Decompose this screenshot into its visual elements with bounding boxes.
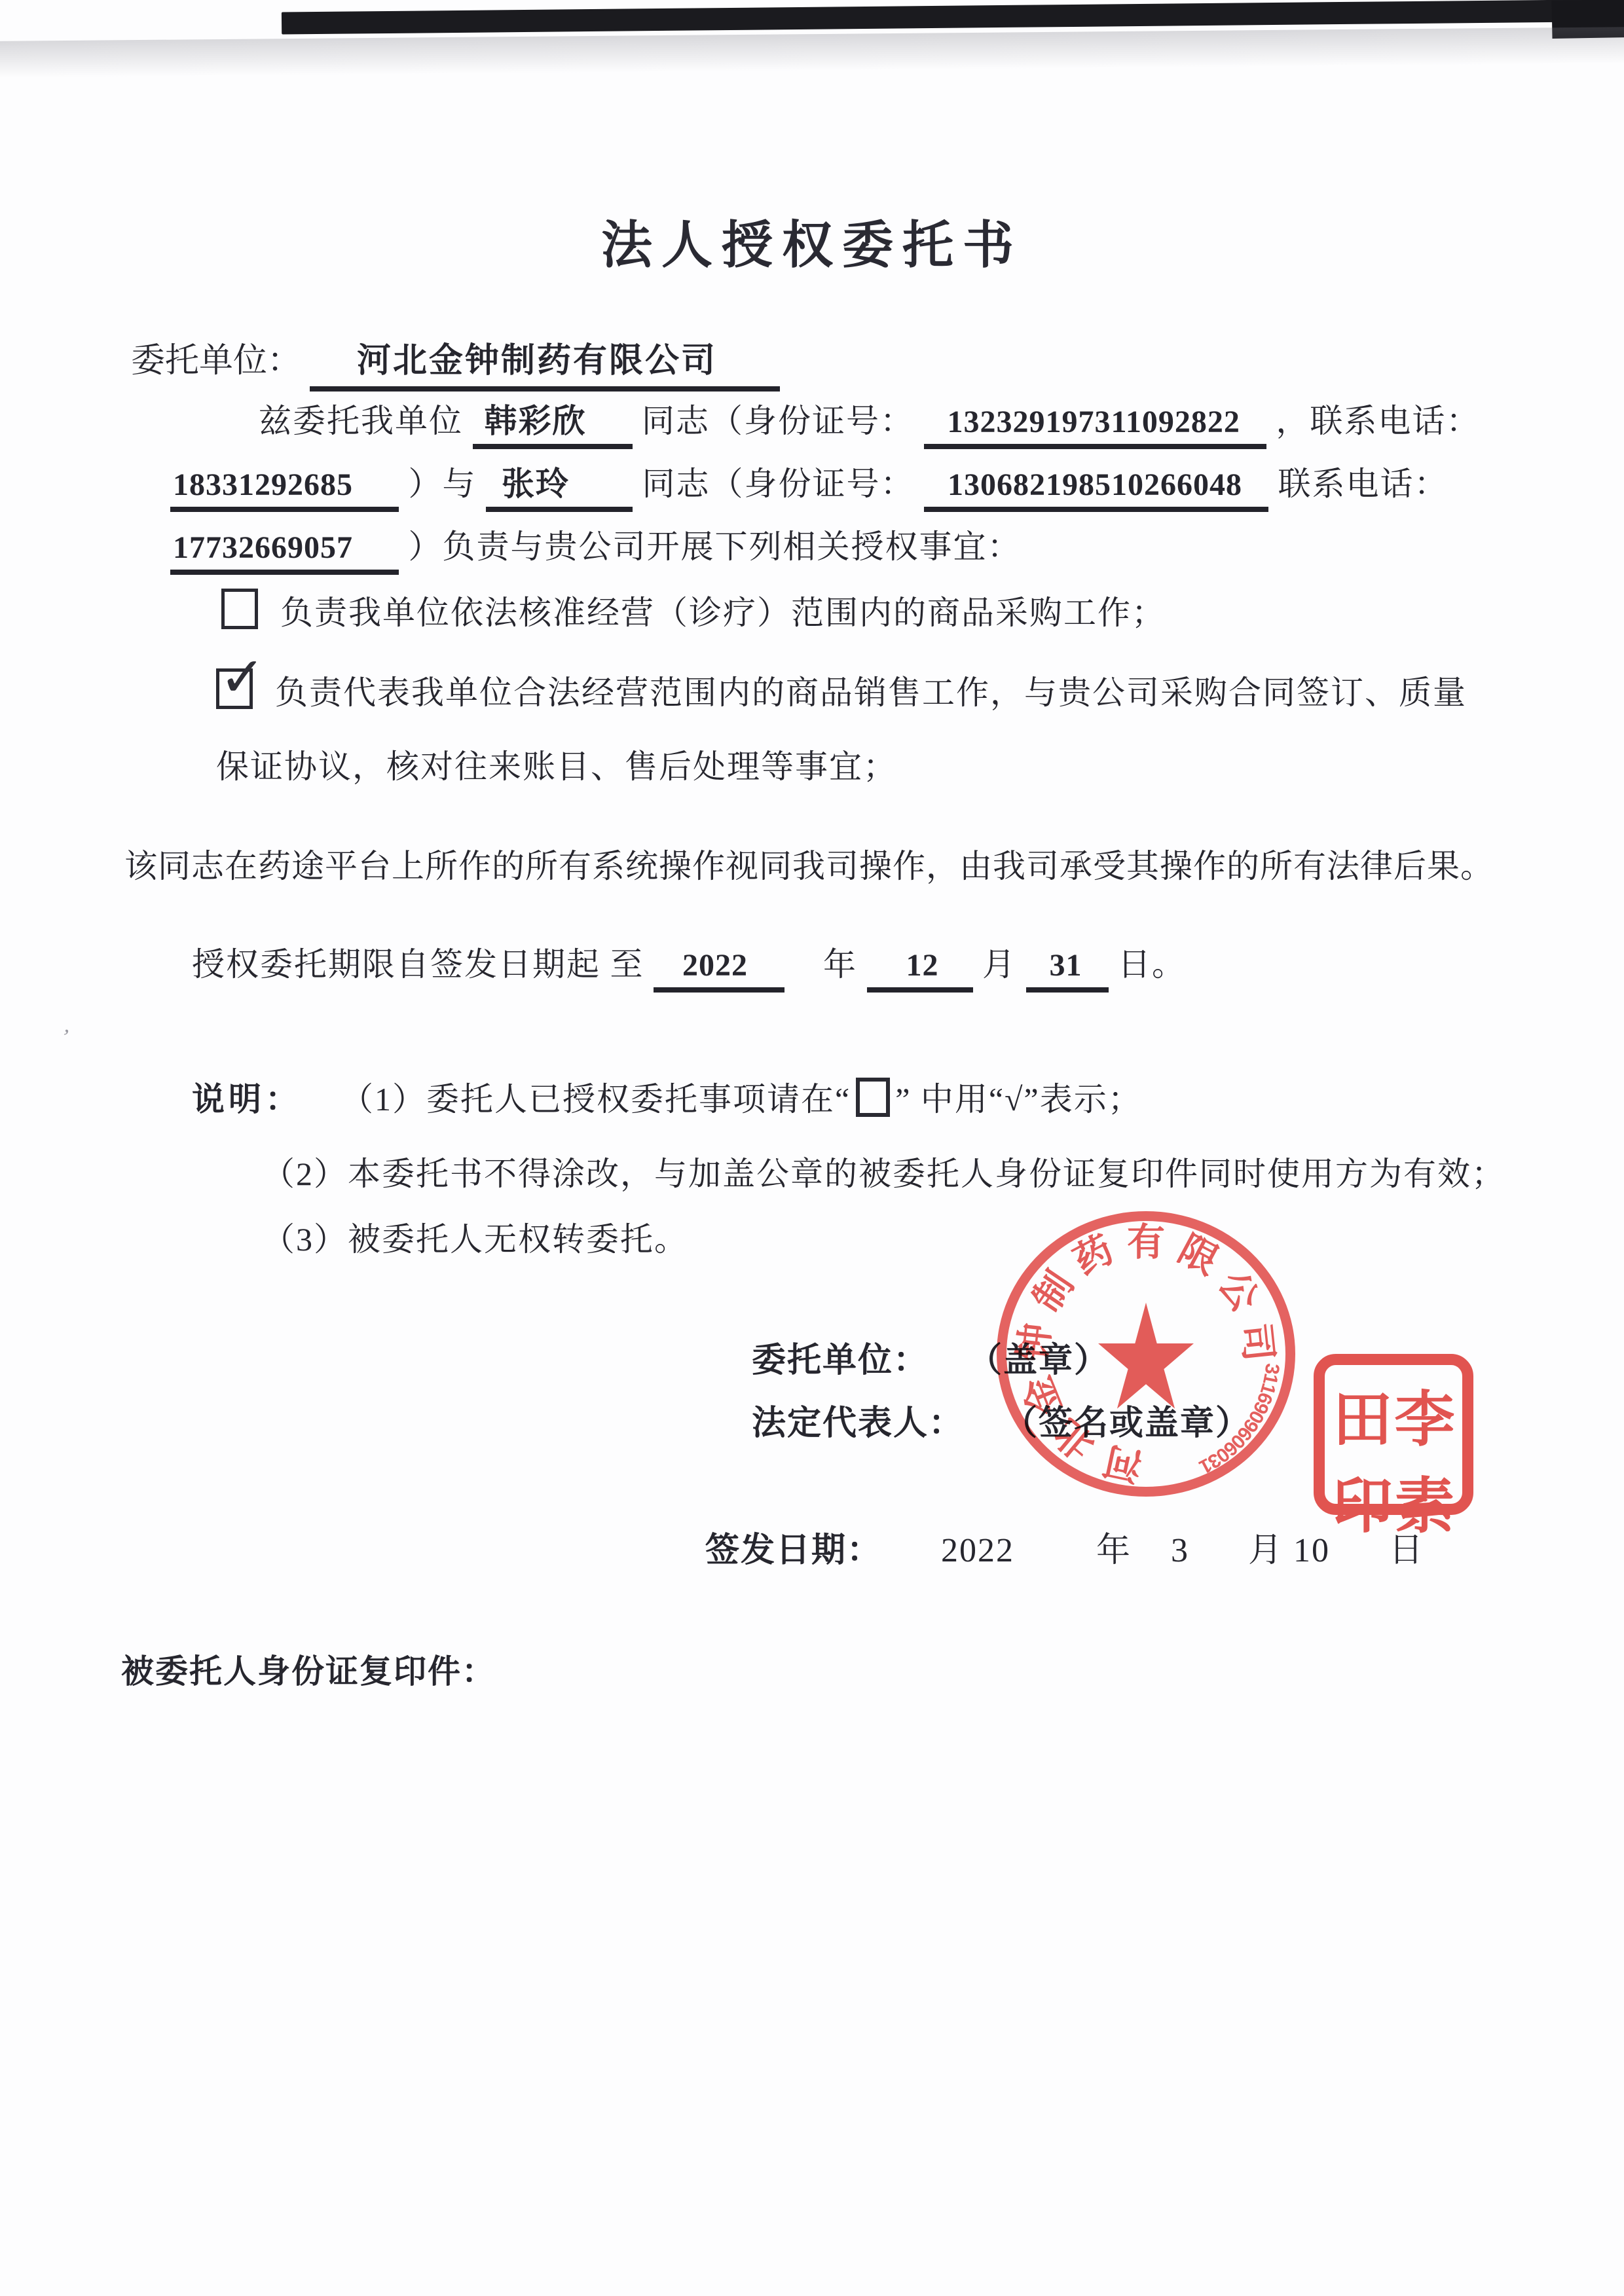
entrust-l3-tail: ）负责与贵公司开展下列相关授权事宜： bbox=[409, 528, 1022, 565]
authorization-item-sales: ✓负责代表我单位合法经营范围内的商品销售工作，与贵公司采购合同签订、质量保证协议… bbox=[216, 656, 1477, 803]
agent1-phone-number: 18331292685 bbox=[170, 469, 399, 512]
entrust-l2-mid2: 同志（身份证号： bbox=[642, 465, 915, 502]
validity-day: 31 bbox=[1026, 949, 1109, 993]
name-seal-char: 田 bbox=[1331, 1372, 1393, 1458]
note-1-post: ” 中用“√”表示； bbox=[895, 1081, 1142, 1118]
scan-artifact-shadow bbox=[0, 27, 1624, 78]
client-label: 委托单位： bbox=[131, 342, 301, 380]
issue-date-label: 签发日期： bbox=[705, 1532, 882, 1569]
agent2-id-number: 130682198510266048 bbox=[924, 469, 1268, 512]
entrust-line-2: 18331292685 ）与 张玲 同志（身份证号： 1306821985102… bbox=[170, 466, 1449, 512]
attachment-label: 被委托人身份证复印件： bbox=[121, 1654, 496, 1690]
seal-arc-char: 钟 bbox=[1010, 1317, 1060, 1368]
agent2-phone-number: 17732669057 bbox=[170, 532, 399, 575]
note-1-pre: （1）委托人已授权委托事项请在“ bbox=[341, 1081, 851, 1118]
name-seal-char: 李 bbox=[1393, 1372, 1456, 1458]
seal-arc-char: 河 bbox=[1096, 1436, 1150, 1490]
validity-day-label: 日。 bbox=[1118, 946, 1186, 983]
sign-unit-label: 委托单位： bbox=[752, 1342, 929, 1379]
legal-rep-name-seal: 田 李 印 素 bbox=[1314, 1354, 1473, 1515]
issue-date-line: 签发日期： 2022 年 3 月 10 日 bbox=[705, 1532, 1424, 1569]
seal-serial-digit: 3 bbox=[1259, 1357, 1284, 1381]
note-line-2: （2）本委托书不得涂改，与加盖公章的被委托人身份证复印件同时使用方为有效； bbox=[262, 1156, 1505, 1192]
notes-label: 说明： bbox=[192, 1081, 302, 1118]
document-page: ’ 法人授权委托书 委托单位： 河北金钟制药有限公司 兹委托我单位 韩彩欣 同志… bbox=[0, 0, 1624, 2296]
issue-year-label: 年 bbox=[1096, 1532, 1132, 1569]
note-line-1: 说明： （1）委托人已授权委托事项请在“” 中用“√”表示； bbox=[192, 1078, 1142, 1118]
entrust-line-3: 17732669057 ）负责与贵公司开展下列相关授权事宜： bbox=[170, 529, 1022, 575]
platform-clause: 该同志在药途平台上所作的所有系统操作视同我司操作，由我司承受其操作的所有法律后果… bbox=[124, 848, 1494, 884]
authorization-item-sales-text: 负责代表我单位合法经营范围内的商品销售工作，与贵公司采购合同签订、质量保证协议，… bbox=[216, 674, 1467, 785]
name-seal-char: 素 bbox=[1393, 1458, 1456, 1544]
entrust-l1-pre: 兹委托我单位 bbox=[259, 403, 463, 439]
entrust-l1-mid: 同志（身份证号： bbox=[642, 403, 914, 439]
validity-prefix: 授权委托期限自签发日期起 至 bbox=[192, 946, 644, 983]
seal-arc-char: 有 bbox=[1123, 1220, 1169, 1266]
checkbox-sales: ✓ bbox=[216, 668, 253, 709]
agent2-name: 张玲 bbox=[486, 467, 633, 512]
sign-rep-label: 法定代表人： bbox=[752, 1405, 964, 1442]
agent1-id-number: 132329197311092822 bbox=[924, 406, 1266, 449]
client-line: 委托单位： 河北金钟制药有限公司 bbox=[131, 333, 780, 392]
scan-artifact-speck: ’ bbox=[59, 1025, 71, 1051]
authorization-item-purchase: ✓负责我单位依法核准经营（诊疗）范围内的商品采购工作； bbox=[221, 576, 1479, 650]
page-title: 法人授权委托书 bbox=[0, 204, 1624, 278]
issue-month: 3 bbox=[1171, 1532, 1189, 1569]
entrust-line-1: 兹委托我单位 韩彩欣 同志（身份证号： 132329197311092822 ，… bbox=[259, 403, 1480, 449]
entrust-l2-tail: 联系电话： bbox=[1278, 465, 1449, 502]
validity-month: 12 bbox=[867, 949, 973, 993]
issue-day: 10 bbox=[1293, 1532, 1330, 1569]
seal-body: 河北金钟制药有限公司 1306069096113 bbox=[997, 1211, 1295, 1497]
client-name: 河北金钟制药有限公司 bbox=[310, 344, 780, 392]
entrust-l2-mid1: ）与 bbox=[409, 465, 477, 502]
authorization-item-purchase-text: 负责我单位依法核准经营（诊疗）范围内的商品采购工作； bbox=[280, 594, 1166, 631]
company-round-seal: 河北金钟制药有限公司 1306069096113 bbox=[997, 1211, 1295, 1497]
validity-month-label: 月 bbox=[982, 946, 1016, 983]
name-seal-char: 印 bbox=[1331, 1458, 1393, 1544]
entrust-l1-tail: ，联系电话： bbox=[1276, 403, 1480, 439]
checkbox-purchase: ✓ bbox=[221, 589, 258, 629]
agent1-name: 韩彩欣 bbox=[473, 404, 633, 449]
issue-year: 2022 bbox=[941, 1532, 1014, 1569]
validity-line: 授权委托期限自签发日期起 至 2022 年 12 月 31 日。 bbox=[192, 947, 1186, 993]
validity-year-label: 年 bbox=[823, 946, 857, 983]
issue-month-label: 月 bbox=[1248, 1532, 1283, 1569]
note-line-3: （3）被委托人无权转委托。 bbox=[262, 1222, 688, 1258]
checkbox-glyph bbox=[856, 1078, 890, 1117]
check-mark-icon: ✓ bbox=[219, 649, 267, 704]
validity-year: 2022 bbox=[654, 949, 784, 993]
